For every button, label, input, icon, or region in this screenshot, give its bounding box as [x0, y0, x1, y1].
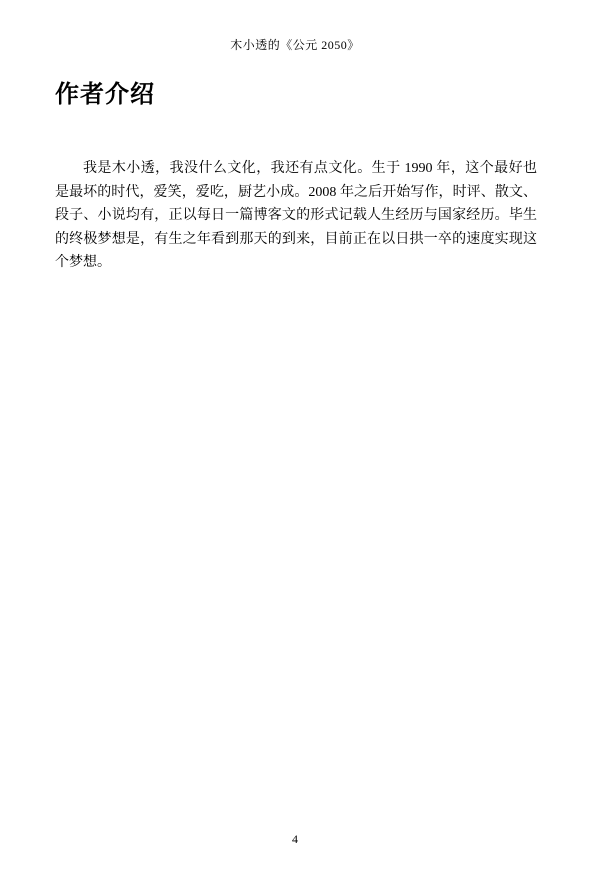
document-page: 木小透的《公元 2050》 作者介绍 我是木小透，我没什么文化，我还有点文化。生… — [0, 0, 590, 886]
section-title: 作者介绍 — [55, 81, 155, 108]
page-number: 4 — [0, 832, 590, 846]
body-paragraph: 我是木小透，我没什么文化，我还有点文化。生于 1990 年，这个最好也是最坏的时… — [55, 157, 537, 275]
running-header: 木小透的《公元 2050》 — [0, 38, 590, 52]
